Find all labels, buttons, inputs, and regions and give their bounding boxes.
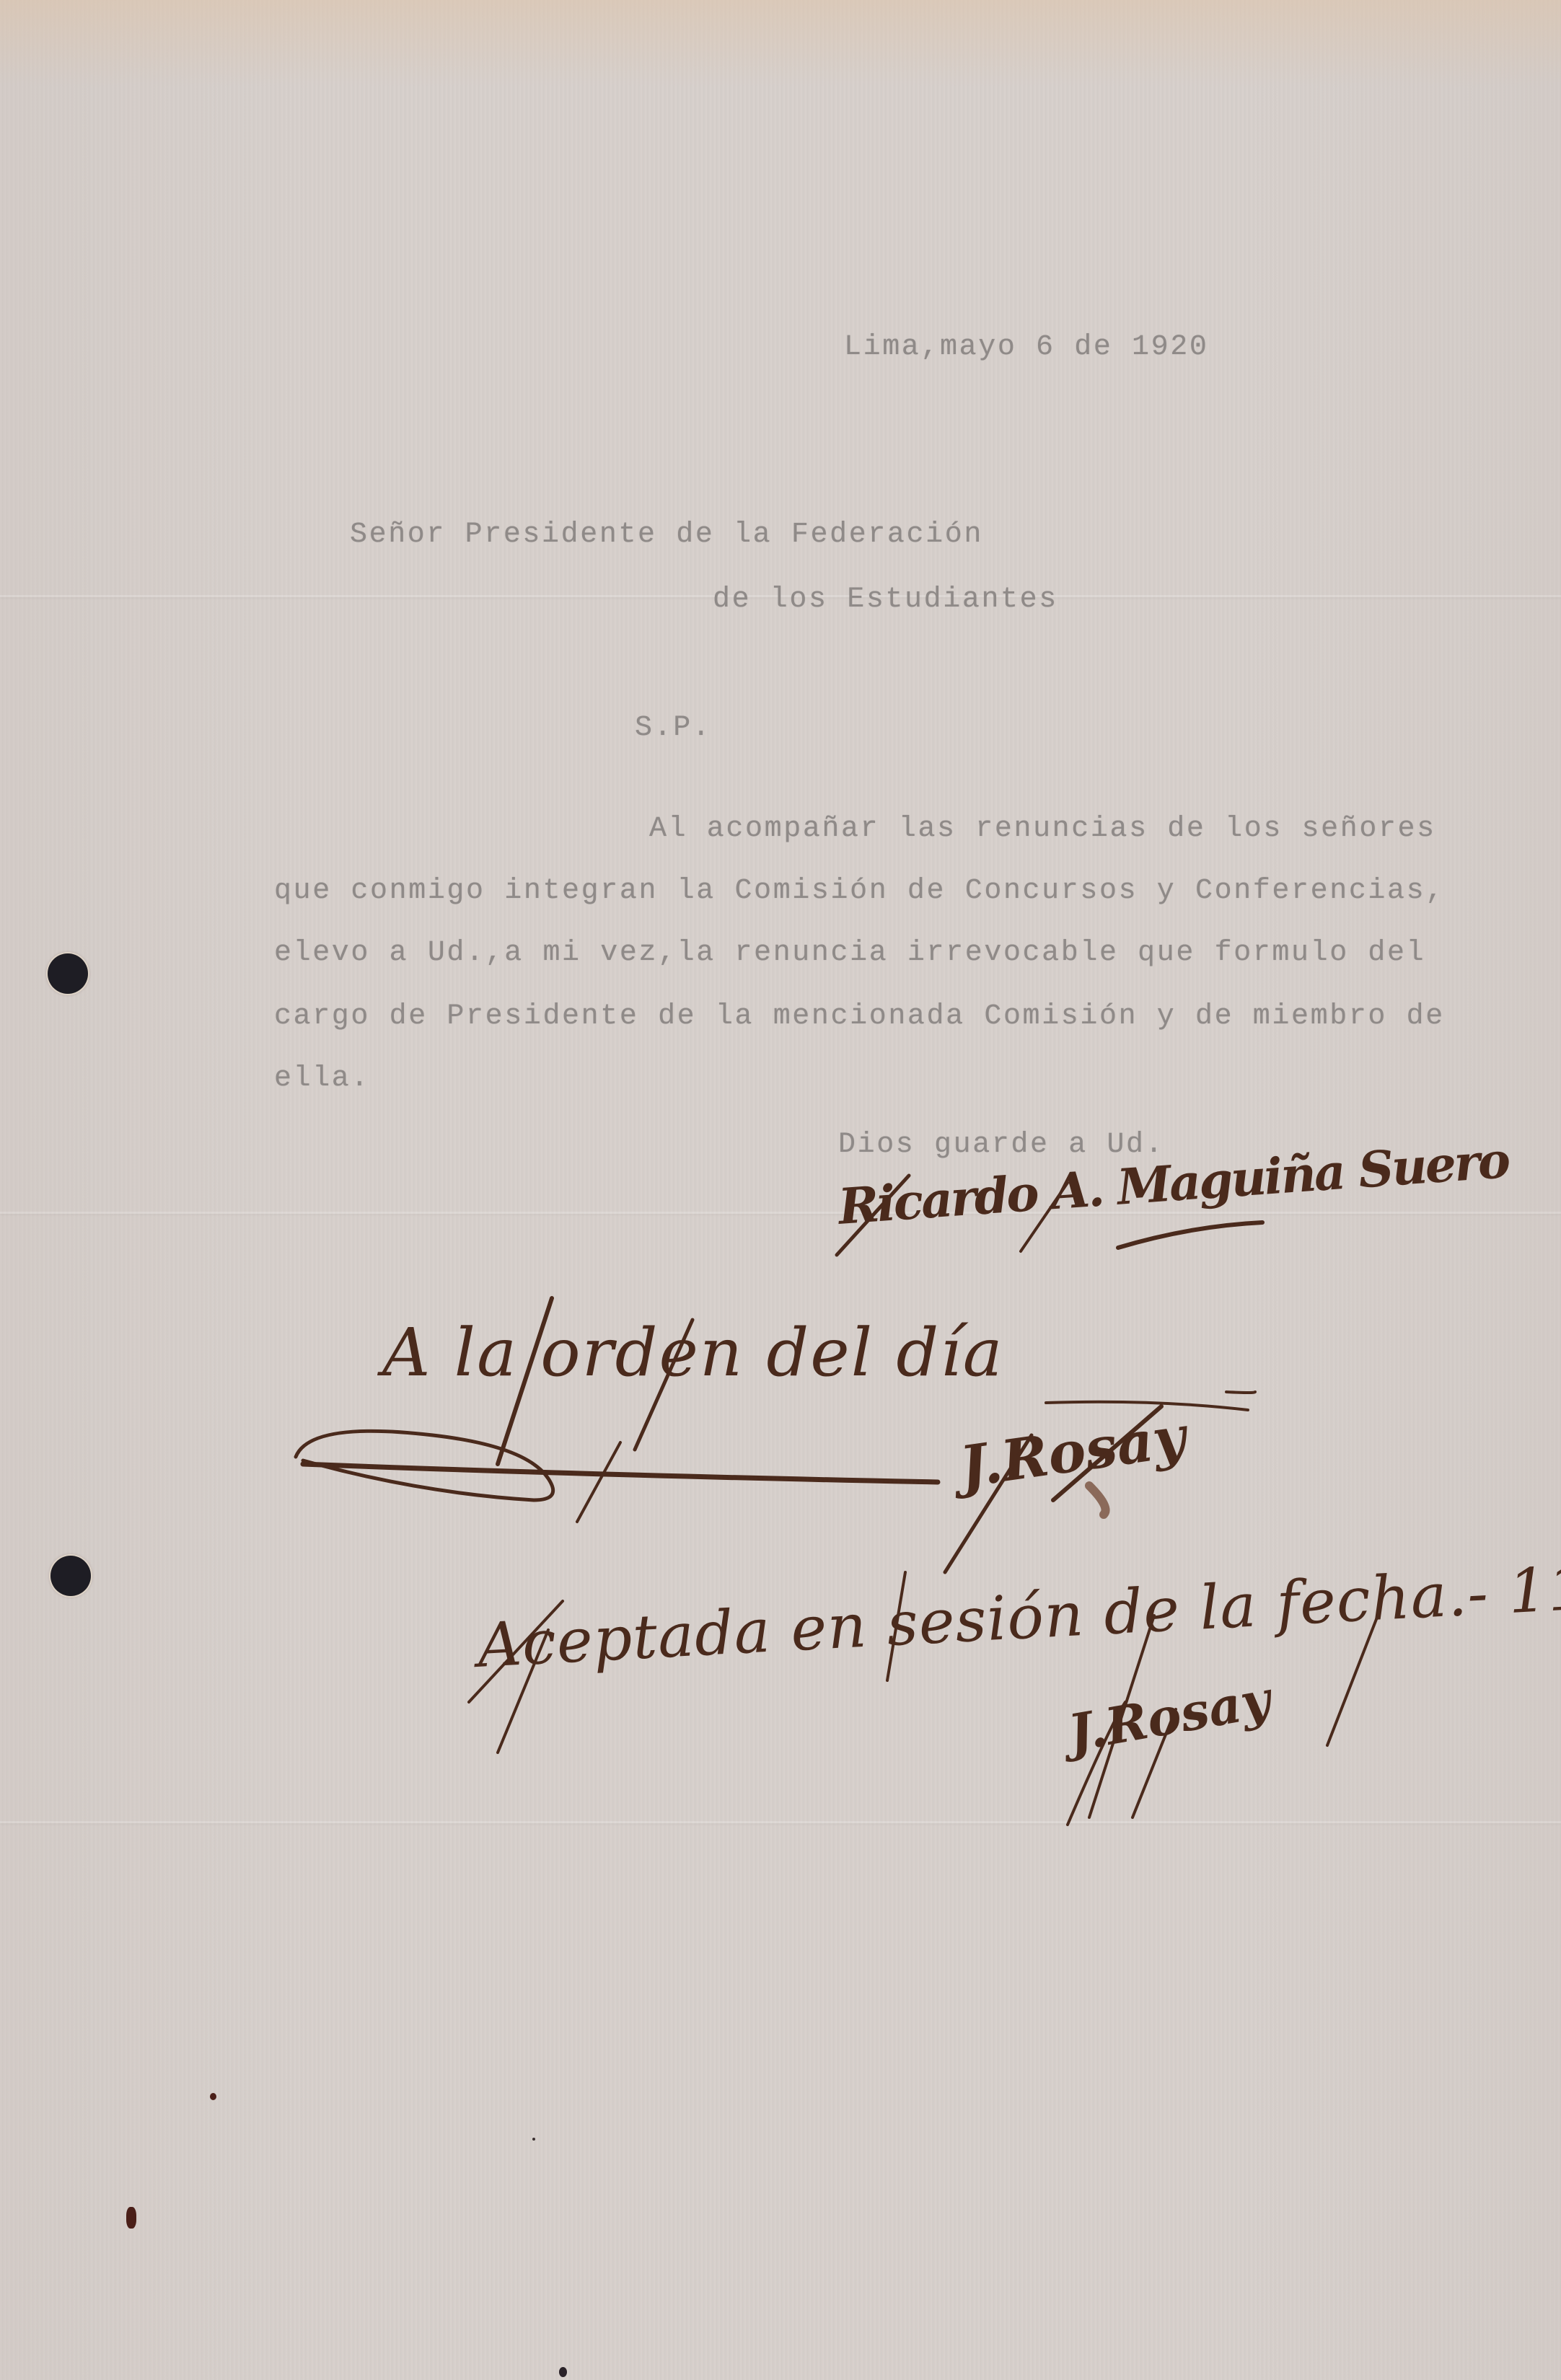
ink-speck bbox=[210, 2093, 216, 2100]
annotation-2-strokes bbox=[462, 1572, 1472, 1846]
closing: Dios guarde a Ud. bbox=[838, 1131, 1164, 1160]
body-line: elevo a Ud.,a mi vez,la renuncia irrevoc… bbox=[274, 939, 1425, 968]
addressee-line-1: Señor Presidente de la Federación bbox=[350, 521, 983, 550]
ink-speck bbox=[559, 2367, 567, 2377]
dateline: Lima,mayo 6 de 1920 bbox=[844, 333, 1208, 362]
punch-hole bbox=[48, 953, 88, 994]
salutation: S.P. bbox=[635, 714, 711, 743]
signature-flourish bbox=[830, 1168, 1262, 1269]
ink-stain bbox=[126, 2207, 136, 2229]
body-line: cargo de Presidente de la mencionada Com… bbox=[274, 1002, 1445, 1031]
letter-page: Lima,mayo 6 de 1920 Señor Presidente de … bbox=[0, 0, 1561, 2380]
initials-2-strokes bbox=[1053, 1680, 1270, 1839]
body-line: que conmigo integran la Comisión de Conc… bbox=[274, 877, 1445, 906]
paper-fold-line bbox=[0, 1212, 1561, 1214]
body-line: Al acompañar las renuncias de los señore… bbox=[649, 815, 1436, 844]
punch-hole bbox=[50, 1556, 91, 1596]
addressee-line-2: de los Estudiantes bbox=[713, 586, 1058, 614]
body-line: ella. bbox=[274, 1065, 370, 1093]
initials-1-strokes bbox=[923, 1399, 1212, 1587]
ink-speck bbox=[532, 2138, 535, 2141]
